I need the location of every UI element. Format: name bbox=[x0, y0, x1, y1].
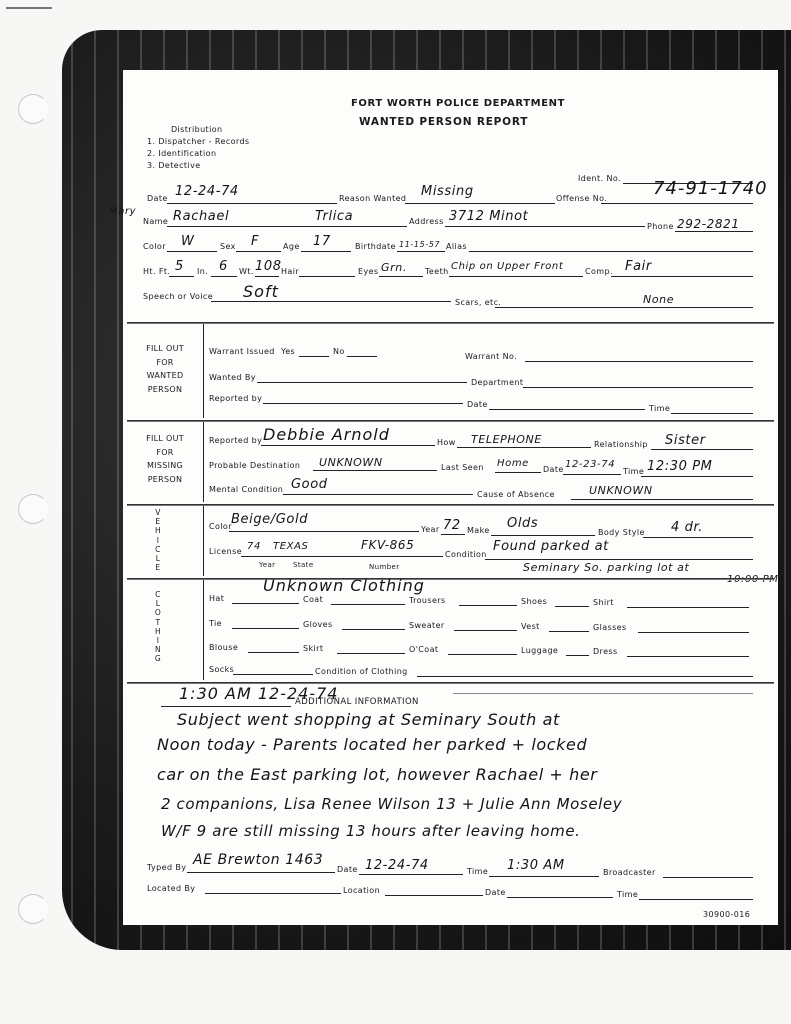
warrant-issued-label: Warrant Issued bbox=[209, 347, 275, 356]
additional-line: 2 companions, Lisa Renee Wilson 13 + Jul… bbox=[161, 795, 622, 813]
typed-time-field[interactable] bbox=[489, 876, 599, 877]
address-field[interactable] bbox=[445, 226, 645, 227]
height-in-label: In. bbox=[197, 267, 208, 276]
clothing-gloves-field[interactable] bbox=[342, 629, 405, 630]
last-seen-date-label: Date bbox=[543, 465, 564, 474]
clothing-side-label: CLOTHING bbox=[151, 590, 165, 664]
weight-field[interactable] bbox=[255, 276, 279, 277]
hair-label: Hair bbox=[281, 267, 299, 276]
clothing-dress-label: Dress bbox=[593, 647, 618, 656]
vehicle-make-field[interactable] bbox=[491, 535, 595, 536]
cause-of-absence-value: Unknown bbox=[589, 484, 653, 497]
clothing-shoes-label: Shoes bbox=[521, 597, 547, 606]
reported-by-field[interactable] bbox=[261, 445, 435, 446]
warrant-no-label: No bbox=[333, 347, 345, 356]
clothing-hat-field[interactable] bbox=[232, 603, 300, 604]
age-value: 17 bbox=[313, 234, 331, 249]
destination-field[interactable] bbox=[313, 470, 437, 471]
section-vertical-divider bbox=[203, 422, 204, 502]
color-value: W bbox=[181, 234, 194, 249]
license-year-caption: Year bbox=[259, 561, 275, 569]
located-by-label: Located By bbox=[147, 884, 195, 893]
scars-field[interactable] bbox=[495, 307, 753, 308]
wanted-date-label: Date bbox=[467, 400, 488, 409]
clothing-blouse-label: Blouse bbox=[209, 643, 238, 652]
vehicle-year-field[interactable] bbox=[441, 534, 465, 535]
last-seen-time-field[interactable] bbox=[641, 476, 753, 477]
location-label: Location bbox=[343, 886, 380, 895]
distribution-heading: Distribution bbox=[147, 124, 250, 136]
broadcaster-field[interactable] bbox=[663, 877, 753, 878]
section-divider bbox=[127, 504, 774, 506]
condition-of-clothing-label: Condition of Clothing bbox=[315, 667, 408, 676]
reason-field[interactable] bbox=[405, 203, 555, 204]
sex-label: Sex bbox=[220, 242, 236, 251]
how-label: How bbox=[437, 438, 456, 447]
clothing-coat-field[interactable] bbox=[331, 604, 405, 605]
mental-condition-field[interactable] bbox=[283, 494, 473, 495]
vehicle-body-style-label: Body Style bbox=[598, 528, 645, 537]
vehicle-color-field[interactable] bbox=[229, 531, 419, 532]
license-state-value: Texas bbox=[273, 541, 308, 552]
clothing-trousers-label: Trousers bbox=[409, 596, 446, 605]
name-first-value: Rachael bbox=[173, 209, 229, 224]
wanted-reported-by-label: Reported by bbox=[209, 394, 262, 403]
last-seen-time-label: Time bbox=[623, 467, 644, 476]
wanted-by-field[interactable] bbox=[257, 382, 467, 383]
clothing-note: Unknown Clothing bbox=[263, 576, 425, 595]
section-vertical-divider bbox=[203, 506, 204, 576]
offense-value: 74-91-1740 bbox=[653, 178, 768, 199]
license-number-caption: Number bbox=[369, 563, 400, 571]
speech-label: Speech or Voice bbox=[143, 292, 213, 301]
eyes-field[interactable] bbox=[379, 276, 423, 277]
how-value: Telephone bbox=[471, 433, 542, 446]
vehicle-body-style-field[interactable] bbox=[643, 537, 753, 538]
offense-field[interactable] bbox=[601, 203, 753, 204]
color-field[interactable] bbox=[167, 251, 217, 252]
additional-info-heading: ADDITIONAL INFORMATION bbox=[295, 697, 419, 707]
clothing-trousers-field[interactable] bbox=[459, 605, 517, 606]
how-field[interactable] bbox=[457, 447, 591, 448]
relationship-label: Relationship bbox=[594, 440, 648, 449]
phone-value: 292-2821 bbox=[677, 217, 740, 231]
address-value: 3712 Minot bbox=[449, 209, 528, 224]
located-date-field[interactable] bbox=[507, 897, 613, 898]
license-year-value: 74 bbox=[247, 541, 261, 552]
typed-by-field[interactable] bbox=[187, 872, 335, 873]
clothing-hat-label: Hat bbox=[209, 594, 224, 603]
section-divider bbox=[127, 578, 774, 580]
height-ft-value: 5 bbox=[175, 259, 184, 274]
reason-label: Reason Wanted bbox=[339, 194, 406, 203]
sex-field[interactable] bbox=[236, 251, 281, 252]
warrant-number-label: Warrant No. bbox=[465, 352, 517, 361]
date-field[interactable] bbox=[167, 203, 337, 204]
located-by-field[interactable] bbox=[205, 893, 341, 894]
additional-line: W/F 9 are still missing 13 hours after l… bbox=[161, 822, 581, 840]
alias-label: Alias bbox=[446, 242, 467, 251]
form-number: 30900-016 bbox=[703, 910, 750, 919]
comp-label: Comp. bbox=[585, 267, 613, 276]
cause-of-absence-field[interactable] bbox=[571, 499, 753, 500]
clothing-ocoat-label: O'Coat bbox=[409, 645, 438, 654]
name-field[interactable] bbox=[167, 226, 407, 227]
eyes-value: Grn. bbox=[381, 261, 407, 274]
name-last-value: Trlica bbox=[315, 209, 353, 224]
socks-label: Socks bbox=[209, 665, 234, 674]
distribution-list: Distribution 1. Dispatcher - Records 2. … bbox=[147, 124, 250, 172]
name-label: Name bbox=[143, 217, 168, 226]
located-date-label: Date bbox=[485, 888, 506, 897]
cause-of-absence-label: Cause of Absence bbox=[477, 490, 555, 499]
vehicle-year-label: Year bbox=[421, 525, 440, 534]
clothing-luggage-field[interactable] bbox=[566, 655, 590, 656]
section-vertical-divider bbox=[203, 324, 204, 418]
vehicle-condition-label: Condition bbox=[445, 550, 487, 559]
warrant-yes-label: Yes bbox=[281, 347, 295, 356]
clothing-gloves-label: Gloves bbox=[303, 620, 333, 629]
timestamp-underline bbox=[161, 706, 291, 707]
punch-hole-bottom bbox=[18, 894, 48, 924]
clothing-blouse-field[interactable] bbox=[248, 652, 299, 653]
date-label: Date bbox=[147, 194, 168, 203]
vehicle-color-value: Beige/Gold bbox=[231, 512, 308, 527]
clothing-dress-field[interactable] bbox=[627, 656, 750, 657]
height-in-value: 6 bbox=[219, 259, 228, 274]
teeth-label: Teeth bbox=[425, 267, 449, 276]
hair-field[interactable] bbox=[299, 276, 355, 277]
vehicle-condition-value: Found parked at bbox=[493, 539, 609, 554]
clothing-vest-label: Vest bbox=[521, 622, 540, 631]
last-seen-value: Home bbox=[497, 458, 529, 469]
phone-field[interactable] bbox=[675, 231, 753, 232]
wanted-by-label: Wanted By bbox=[209, 373, 256, 382]
located-time-label: Time bbox=[617, 890, 638, 899]
section-divider bbox=[127, 322, 774, 324]
wanted-person-report-form: FORT WORTH POLICE DEPARTMENT WANTED PERS… bbox=[123, 70, 778, 925]
speech-value: Soft bbox=[243, 282, 279, 301]
last-seen-time-value: 12:30 PM bbox=[647, 459, 712, 474]
clothing-skirt-field[interactable] bbox=[337, 653, 406, 654]
name-prefix: Mary bbox=[109, 206, 136, 217]
clothing-shirt-label: Shirt bbox=[593, 598, 614, 607]
reported-by-value: Debbie Arnold bbox=[263, 425, 390, 444]
clothing-sweater-field[interactable] bbox=[454, 630, 518, 631]
offense-label: Offense No. bbox=[556, 194, 607, 203]
destination-value: Unknown bbox=[319, 456, 383, 469]
alias-field[interactable] bbox=[469, 251, 753, 252]
color-label: Color bbox=[143, 242, 166, 251]
weight-value: 108 bbox=[255, 259, 282, 274]
age-field[interactable] bbox=[301, 251, 351, 252]
section-divider bbox=[127, 420, 774, 422]
vehicle-make-value: Olds bbox=[507, 516, 538, 531]
distribution-item: 1. Dispatcher - Records bbox=[147, 136, 250, 148]
teeth-field[interactable] bbox=[449, 276, 583, 277]
missing-side-label: FILL OUT FOR MISSING PERSON bbox=[133, 432, 197, 486]
wanted-time-label: Time bbox=[649, 404, 670, 413]
license-number-value: FKV-865 bbox=[361, 538, 414, 552]
clothing-shirt-field[interactable] bbox=[627, 607, 750, 608]
wanted-side-label: FILL OUT FOR WANTED PERSON bbox=[133, 342, 197, 396]
vehicle-condition-value-line2: Seminary So. parking lot at bbox=[523, 561, 689, 574]
mental-condition-value: Good bbox=[291, 477, 328, 492]
distribution-item: 2. Identification bbox=[147, 148, 250, 160]
clothing-tie-label: Tie bbox=[209, 619, 222, 628]
mental-condition-label: Mental Condition bbox=[209, 485, 283, 494]
teeth-value: Chip on Upper Front bbox=[451, 261, 563, 272]
typed-by-value: AE Brewton 1463 bbox=[193, 852, 323, 868]
reason-value: Missing bbox=[421, 184, 474, 199]
ident-no-label: Ident. No. bbox=[578, 174, 621, 183]
clothing-ocoat-field[interactable] bbox=[448, 654, 517, 655]
clothing-tie-field[interactable] bbox=[232, 628, 300, 629]
height-in-field[interactable] bbox=[211, 276, 237, 277]
clothing-skirt-label: Skirt bbox=[303, 644, 323, 653]
height-ft-field[interactable] bbox=[169, 276, 194, 277]
punch-hole-top bbox=[18, 94, 48, 124]
birthdate-label: Birthdate bbox=[355, 242, 396, 251]
phone-label: Phone bbox=[647, 222, 674, 231]
warrant-yes-field[interactable] bbox=[299, 356, 329, 357]
height-ft-label: Ht. Ft. bbox=[143, 267, 170, 276]
birthdate-field[interactable] bbox=[397, 251, 445, 252]
destination-label: Probable Destination bbox=[209, 461, 300, 470]
clothing-luggage-label: Luggage bbox=[521, 646, 558, 655]
typed-by-label: Typed By bbox=[147, 863, 186, 872]
vehicle-year-value: 72 bbox=[443, 518, 461, 533]
date-value: 12-24-74 bbox=[175, 184, 239, 199]
condition-of-clothing-field[interactable] bbox=[417, 676, 753, 677]
vehicle-body-style-value: 4 dr. bbox=[671, 520, 703, 535]
clothing-vest-field[interactable] bbox=[549, 631, 589, 632]
located-time-field[interactable] bbox=[639, 899, 753, 900]
last-seen-label: Last Seen bbox=[441, 463, 484, 472]
clothing-glasses-label: Glasses bbox=[593, 623, 627, 632]
typed-time-value: 1:30 AM bbox=[507, 858, 565, 873]
vehicle-side-label: VEHICLE bbox=[151, 508, 165, 572]
address-label: Address bbox=[409, 217, 444, 226]
scars-label: Scars, etc. bbox=[455, 298, 501, 307]
sex-value: F bbox=[251, 234, 259, 249]
age-label: Age bbox=[283, 242, 300, 251]
location-field[interactable] bbox=[385, 895, 483, 896]
last-seen-field[interactable] bbox=[495, 472, 541, 473]
vehicle-make-label: Make bbox=[467, 526, 490, 535]
typed-date-field[interactable] bbox=[359, 874, 463, 875]
relationship-value: Sister bbox=[665, 433, 706, 448]
distribution-item: 3. Detective bbox=[147, 160, 250, 172]
department-field[interactable] bbox=[523, 387, 753, 388]
comp-value: Fair bbox=[625, 259, 652, 274]
speech-field[interactable] bbox=[211, 301, 451, 302]
eyes-label: Eyes bbox=[358, 267, 378, 276]
department-name: FORT WORTH POLICE DEPARTMENT bbox=[351, 98, 565, 109]
punch-hole-middle bbox=[18, 494, 48, 524]
wanted-time-field[interactable] bbox=[671, 413, 753, 414]
reported-by-label: Reported by bbox=[209, 436, 262, 445]
clothing-sweater-label: Sweater bbox=[409, 621, 445, 630]
additional-line: Subject went shopping at Seminary South … bbox=[177, 710, 560, 729]
additional-info-rule bbox=[453, 693, 753, 694]
birthdate-value: 11-15-57 bbox=[399, 240, 440, 249]
weight-label: Wt. bbox=[239, 267, 254, 276]
wanted-date-field[interactable] bbox=[489, 409, 645, 410]
vehicle-color-label: Color bbox=[209, 522, 232, 531]
last-seen-date-field[interactable] bbox=[563, 474, 621, 475]
license-state-caption: State bbox=[293, 561, 314, 569]
vehicle-condition-field[interactable] bbox=[485, 559, 753, 560]
license-field[interactable] bbox=[241, 556, 443, 557]
report-title: WANTED PERSON REPORT bbox=[359, 116, 528, 128]
clothing-coat-label: Coat bbox=[303, 595, 323, 604]
scars-value: None bbox=[643, 293, 674, 306]
typed-time-label: Time bbox=[467, 867, 488, 876]
clothing-shoes-field[interactable] bbox=[555, 606, 590, 607]
relationship-field[interactable] bbox=[651, 449, 753, 450]
scan-corner-mark bbox=[6, 5, 52, 9]
typed-date-label: Date bbox=[337, 865, 358, 874]
license-label: License bbox=[209, 547, 242, 556]
clothing-glasses-field[interactable] bbox=[638, 632, 750, 633]
section-vertical-divider bbox=[203, 580, 204, 680]
additional-line: Noon today - Parents located her parked … bbox=[157, 735, 587, 754]
broadcaster-label: Broadcaster bbox=[603, 868, 656, 877]
typed-date-value: 12-24-74 bbox=[365, 858, 429, 873]
additional-line: car on the East parking lot, however Rac… bbox=[157, 765, 597, 784]
last-seen-date-value: 12-23-74 bbox=[565, 459, 615, 470]
comp-field[interactable] bbox=[611, 276, 753, 277]
warrant-no-field[interactable] bbox=[347, 356, 377, 357]
department-label: Department bbox=[471, 378, 523, 387]
wanted-reported-by-field[interactable] bbox=[263, 403, 463, 404]
warrant-number-field[interactable] bbox=[525, 361, 753, 362]
socks-field[interactable] bbox=[233, 674, 313, 675]
